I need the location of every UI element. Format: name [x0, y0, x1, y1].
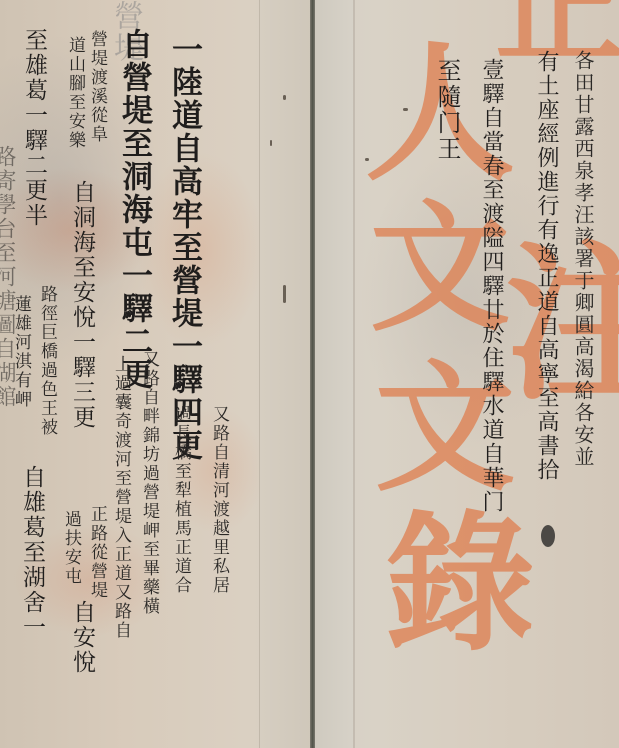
ink-speck — [403, 108, 408, 111]
text-column: 至隨门王 — [435, 58, 459, 162]
paper-tear — [353, 0, 355, 748]
ink-speck — [365, 158, 369, 161]
text-column: 各田甘露西泉孝汪該署于卿圓高渴給各安並 — [573, 50, 593, 468]
text-column: 自營堤至洞海屯一驛二更 — [118, 28, 149, 391]
manuscript-spread: 營堤 一陸道自高牢至營堤一驛四更 又路自清河渡越里私居 過長橋至犁植馬正道合 自… — [0, 0, 619, 748]
ink-speck — [283, 95, 286, 100]
cut-off-column: 路寄學台至河塘圖自湖館 — [0, 145, 14, 409]
annotation-column: 上過囊奇渡河至營堤入正道又路自 — [112, 355, 129, 640]
ink-speck — [270, 140, 272, 146]
text-column: 有土座經例進行有逸正道自高寧至高書拾 — [535, 50, 557, 482]
left-page-margin — [259, 0, 312, 748]
annotation-column: 又路自清河渡越里私居 — [210, 405, 227, 595]
ink-speck — [283, 285, 286, 303]
annotation-column: 營堤渡溪從阜 — [88, 30, 105, 144]
annotation-column: 又路自畔錦坊過營堤岬至畢藥橫 — [140, 350, 157, 616]
seal-character: 注 — [505, 240, 619, 410]
text-column: 壹驛自當春至渡隘四驛廿於住驛水道自華门 — [480, 58, 502, 514]
left-page: 營堤 一陸道自高牢至營堤一驛四更 又路自清河渡越里私居 過長橋至犁植馬正道合 自… — [0, 0, 312, 748]
right-page: 正 人 文 文 錄 注 各田甘露西泉孝汪該署于卿圓高渴給各安並 有土座經例進行有… — [315, 0, 619, 748]
annotation-column: 過扶安屯 — [62, 510, 79, 586]
seal-character: 錄 — [385, 510, 535, 660]
annotation-column: 道山腳至安樂 — [66, 36, 83, 150]
annotation-column: 路徑巨橋過色王被 — [38, 285, 55, 437]
text-column: 至雄葛一驛二更半 — [22, 28, 45, 228]
annotation-column: 正路從營堤 — [88, 505, 105, 600]
text-column: 自雄葛至湖舍一 — [20, 465, 43, 640]
text-column: 一陸道自高牢至營堤一驛四更 — [168, 33, 199, 462]
ink-blot — [541, 525, 555, 547]
text-column: 自洞海至安悅一驛三更 — [70, 180, 93, 430]
annotation-column: 過長橋至犁植馬正道合 — [172, 405, 189, 595]
text-column: 自安悅 — [70, 600, 93, 675]
right-page-margin — [315, 0, 355, 748]
